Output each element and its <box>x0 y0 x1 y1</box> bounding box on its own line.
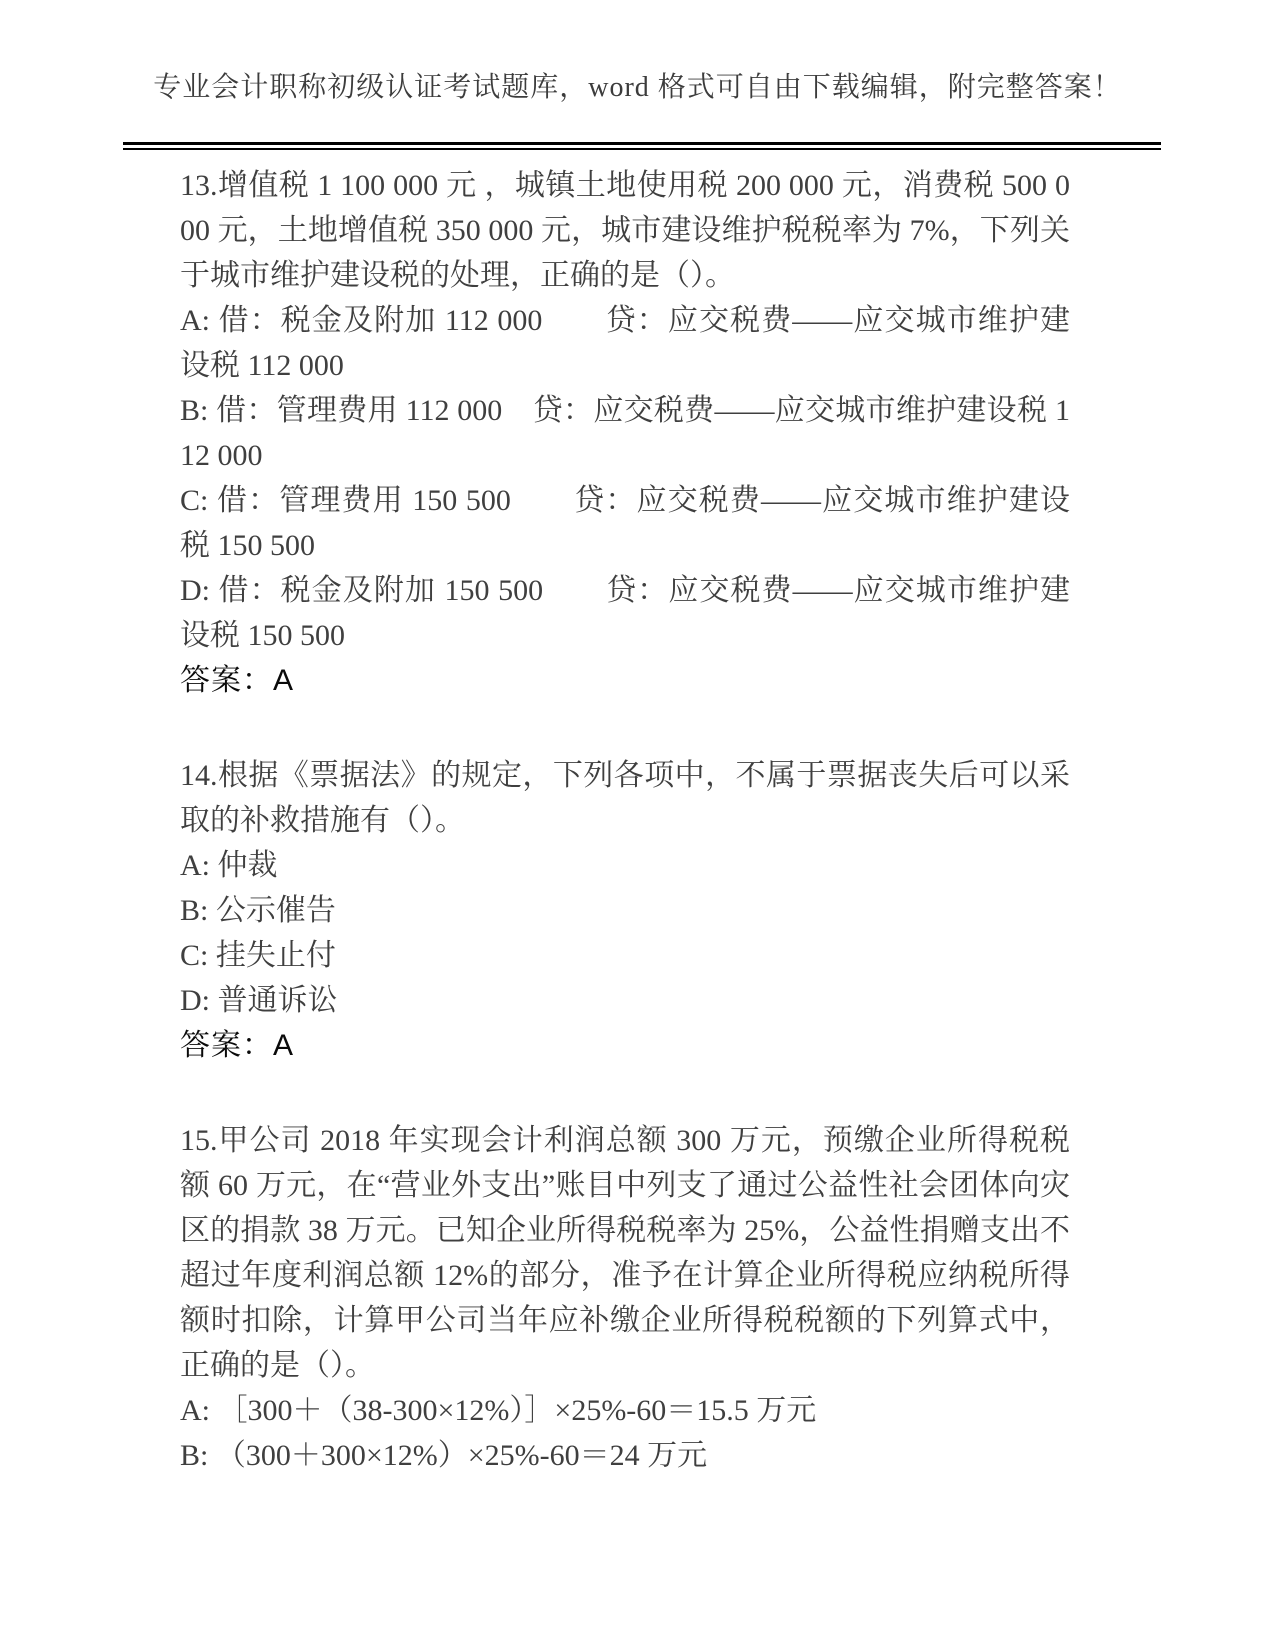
document-page: 专业会计职称初级认证考试题库，word 格式可自由下载编辑，附完整答案！ 13.… <box>0 0 1275 1650</box>
question-14-answer: 答案：A <box>180 1023 1070 1068</box>
block-gap <box>180 703 1070 753</box>
question-14-option-a: A: 仲裁 <box>180 843 1070 888</box>
header-divider-rule <box>123 142 1161 150</box>
question-15-option-a: A: ［300＋（38-300×12%）］×25%-60＝15.5 万元 <box>180 1388 1070 1433</box>
question-13-option-c: C: 借：管理费用 150 500 贷：应交税费——应交城市维护建设税 150 … <box>180 478 1070 568</box>
question-13-option-b: B: 借：管理费用 112 000 贷：应交税费——应交城市维护建设税 112 … <box>180 388 1070 478</box>
question-14: 14.根据《票据法》的规定，下列各项中，不属于票据丧失后可以采取的补救措施有（）… <box>180 753 1070 1068</box>
document-body: 13.增值税 1 100 000 元 ，城镇土地使用税 200 000 元，消费… <box>180 163 1070 1478</box>
page-header-title: 专业会计职称初级认证考试题库，word 格式可自由下载编辑，附完整答案！ <box>0 0 1275 106</box>
question-13-option-a: A: 借：税金及附加 112 000 贷：应交税费——应交城市维护建设税 112… <box>180 298 1070 388</box>
question-13-answer: 答案：A <box>180 658 1070 703</box>
question-14-option-b: B: 公示催告 <box>180 888 1070 933</box>
question-14-option-d: D: 普通诉讼 <box>180 978 1070 1023</box>
question-13-option-d: D: 借：税金及附加 150 500 贷：应交税费——应交城市维护建设税 150… <box>180 568 1070 658</box>
question-14-stem: 14.根据《票据法》的规定，下列各项中，不属于票据丧失后可以采取的补救措施有（）… <box>180 753 1070 843</box>
question-13: 13.增值税 1 100 000 元 ，城镇土地使用税 200 000 元，消费… <box>180 163 1070 703</box>
question-14-option-c: C: 挂失止付 <box>180 933 1070 978</box>
question-13-stem: 13.增值税 1 100 000 元 ，城镇土地使用税 200 000 元，消费… <box>180 163 1070 298</box>
question-15-stem: 15.甲公司 2018 年实现会计利润总额 300 万元，预缴企业所得税税额 6… <box>180 1118 1070 1388</box>
block-gap <box>180 1068 1070 1118</box>
question-15-option-b: B: （300＋300×12%）×25%-60＝24 万元 <box>180 1433 1070 1478</box>
question-15: 15.甲公司 2018 年实现会计利润总额 300 万元，预缴企业所得税税额 6… <box>180 1118 1070 1478</box>
